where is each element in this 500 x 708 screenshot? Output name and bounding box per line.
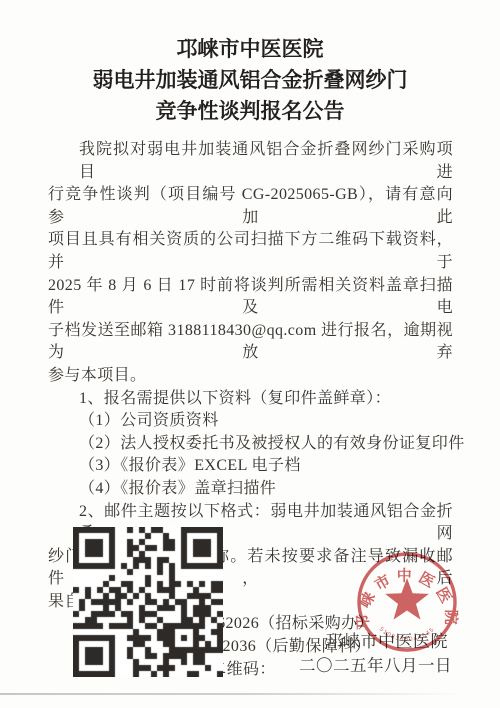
doc-title-line-1: 邛崃市中医医院 [0, 34, 500, 65]
seal-serial-number: 5108355044645 [378, 626, 436, 643]
body-line: 行竞争性谈判（项目编号 CG-2025065-GB），请有意向参加此 [48, 184, 453, 229]
body-line: 我院拟对弱电井加装通风铝合金折叠网纱门采购项目进 [48, 139, 453, 184]
body-line: （2）法人授权委托书及被授权人的有效身份证复印件 [48, 433, 453, 456]
document-page: 邛崃市中医医院 弱电井加装通风铝合金折叠网纱门 竞争性谈判报名公告 我院拟对弱电… [0, 0, 500, 708]
body-line: 参与本项目。 [48, 365, 453, 388]
body-line: （4）《报价表》盖章扫描件 [48, 478, 453, 501]
qr-code [73, 527, 223, 677]
official-seal-graphic: 邛崃市中医医院 5108355044645 [346, 541, 468, 663]
body-line: 项目且具有相关资质的公司扫描下方二维码下载资料，并于 [48, 229, 453, 274]
body-line: 2025 年 8 月 6 日 17 时前将谈判所需相关资料盖章扫描件及电 [48, 275, 453, 320]
scan-edge-artifact [0, 693, 462, 695]
body-line: 子档发送至邮箱 3188118430@qq.com 进行报名，逾期视为放弃 [48, 320, 453, 365]
doc-title-line-3: 竞争性谈判报名公告 [0, 96, 500, 127]
doc-title: 邛崃市中医医院 弱电井加装通风铝合金折叠网纱门 竞争性谈判报名公告 [0, 34, 500, 127]
qr-code-image [73, 527, 223, 677]
doc-title-line-2: 弱电井加装通风铝合金折叠网纱门 [0, 65, 500, 96]
body-line: 1、报名需提供以下资料（复印件盖鲜章）： [48, 388, 453, 411]
body-line: （1）公司资质资料 [48, 410, 453, 433]
official-seal: 邛崃市中医医院 5108355044645 [346, 541, 468, 663]
body-line: （3）《报价表》EXCEL 电子档 [48, 455, 453, 478]
